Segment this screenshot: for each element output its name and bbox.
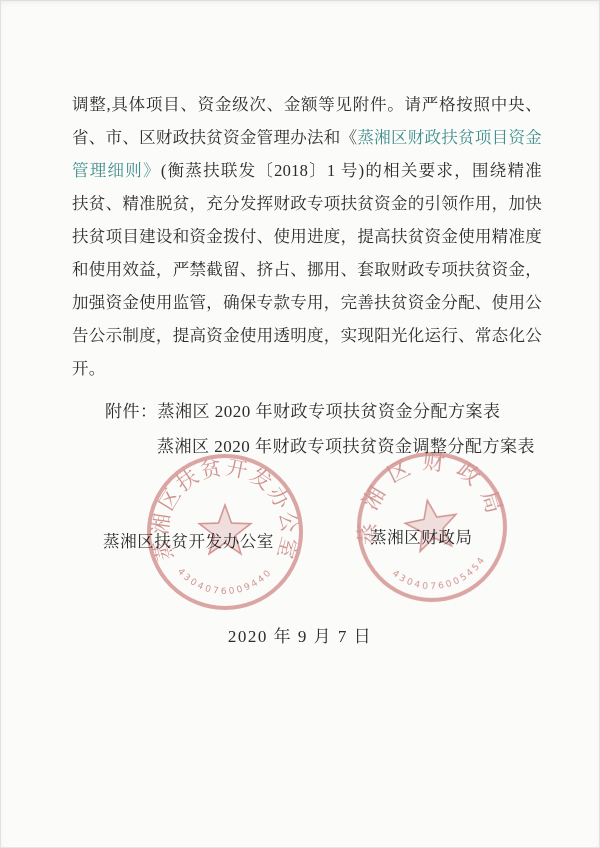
body-line: 扶贫项目建设和资金拨付、使用进度，提高扶贫资金使用精准度 (72, 220, 542, 253)
attachment-line: 附件：蒸湘区 2020 年财政专项扶贫资金分配方案表 (72, 394, 535, 429)
attachment-item: 蒸湘区 2020 年财政专项扶贫资金分配方案表 (158, 402, 501, 421)
body-line: 扶贫、精准脱贫，充分发挥财政专项扶贫资金的引领作用，加快 (72, 187, 542, 220)
body-text: 和使用效益，严禁截留、挤占、挪用、套取财政专项扶贫资金， (72, 260, 542, 279)
star-icon (402, 496, 461, 553)
seal-code: 4304076009440 (175, 567, 275, 597)
body-text: 扶贫项目建设和资金拨付、使用进度，提高扶贫资金使用精准度 (72, 227, 542, 246)
document-date: 2020 年 9 月 7 日 (0, 622, 600, 647)
body-line: 告公示制度，提高资金使用透明度，实现阳光化运行、常态化公 (72, 319, 542, 352)
body-line: 开。 (72, 352, 542, 385)
body-line: 调整,具体项目、资金级次、金额等见附件。请严格按照中央、 (72, 88, 542, 121)
body-text: 开。 (72, 359, 106, 378)
official-seal-poverty-office: 蒸湘区扶贫开发办公室 4304076009440 (140, 447, 310, 617)
body-text: (衡蒸扶联发〔2018〕1 号)的相关要求，围绕精准 (161, 161, 542, 180)
body-text: 省、市、区财政扶贫资金管理办法和《 (72, 128, 357, 147)
attachment-label: 附件： (105, 402, 158, 421)
body-line: 管理细则》(衡蒸扶联发〔2018〕1 号)的相关要求，围绕精准 (72, 154, 542, 187)
body-line: 加强资金使用监管，确保专款专用，完善扶贫资金分配、使用公 (72, 286, 542, 319)
body-text: 调整,具体项目、资金级次、金额等见附件。请严格按照中央、 (72, 95, 542, 114)
body-line: 省、市、区财政扶贫资金管理办法和《蒸湘区财政扶贫项目资金 (72, 121, 542, 154)
body-text: 扶贫、精准脱贫，充分发挥财政专项扶贫资金的引领作用，加快 (72, 194, 542, 213)
document-page: 调整,具体项目、资金级次、金额等见附件。请严格按照中央、 省、市、区财政扶贫资金… (0, 0, 600, 848)
regulation-title-highlight: 蒸湘区财政扶贫项目资金 (357, 128, 542, 147)
body-line: 和使用效益，严禁截留、挤占、挪用、套取财政专项扶贫资金， (72, 253, 542, 286)
body-paragraph: 调整,具体项目、资金级次、金额等见附件。请严格按照中央、 省、市、区财政扶贫资金… (72, 88, 542, 385)
body-text: 加强资金使用监管，确保专款专用，完善扶贫资金分配、使用公 (72, 293, 542, 312)
official-seal-finance-bureau: 蒸湘区财政局 4304076005454 (334, 429, 531, 626)
body-text: 告公示制度，提高资金使用透明度，实现阳光化运行、常态化公 (72, 326, 542, 345)
regulation-title-highlight: 管理细则》 (72, 161, 161, 180)
star-icon (199, 505, 250, 554)
